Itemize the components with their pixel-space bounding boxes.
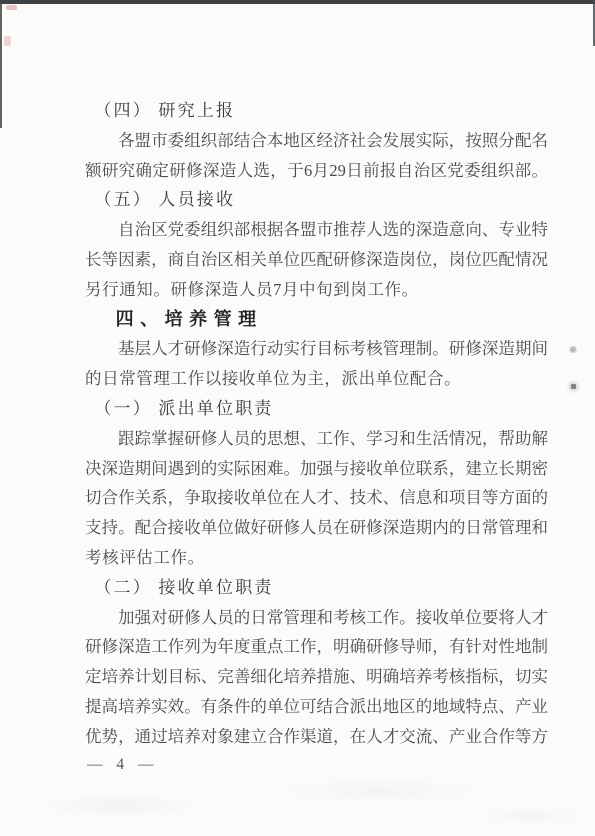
doc-subheading: （四） 研究上报	[85, 96, 548, 126]
doc-line: 优势，通过培养对象建立合作渠道，在人才交流、产业合作等方	[85, 722, 548, 752]
doc-line: 研修深造工作列为年度重点工作，明确研修导师，有针对性地制	[85, 632, 548, 662]
doc-line: 自治区党委组织部根据各盟市推荐人选的深造意向、专业特	[85, 215, 548, 245]
doc-line: 定培养计划目标、完善细化培养措施、明确培养考核指标，切实	[85, 662, 548, 692]
doc-line: 跟踪掌握研修人员的思想、工作、学习和生活情况，帮助解	[85, 424, 548, 454]
scan-gray-speck	[571, 384, 576, 389]
doc-line: 提高培养实效。有条件的单位可结合派出地区的地域特点、产业	[85, 692, 548, 722]
doc-section-heading: 四、培养管理	[85, 305, 548, 335]
doc-line: 额研究确定研修深造人选，于6月29日前报自治区党委组织部。	[85, 156, 548, 186]
doc-line: 另行通知。研修深造人员7月中旬到岗工作。	[85, 275, 548, 305]
doc-subheading: （二） 接收单位职责	[85, 573, 548, 603]
doc-subheading: （一） 派出单位职责	[85, 394, 548, 424]
doc-line: 切合作关系，争取接收单位在人才、技术、信息和项目等方面的	[85, 483, 548, 513]
doc-line: 决深造期间遇到的实际困难。加强与接收单位联系，建立长期密	[85, 454, 548, 484]
scanned-document-page: （四） 研究上报 各盟市委组织部结合本地区经济社会发展实际，按照分配名 额研究确…	[0, 0, 595, 836]
doc-line: 各盟市委组织部结合本地区经济社会发展实际，按照分配名	[85, 126, 548, 156]
document-body: （四） 研究上报 各盟市委组织部结合本地区经济社会发展实际，按照分配名 额研究确…	[85, 96, 548, 752]
doc-line: 加强对研修人员的日常管理和考核工作。接收单位要将人才	[85, 603, 548, 633]
scan-red-speck	[6, 5, 17, 10]
scan-gray-speck	[569, 346, 577, 353]
scan-red-speck	[4, 36, 11, 46]
page-number: — 4 —	[87, 756, 159, 774]
doc-line: 长等因素，商自治区相关单位匹配研修深造岗位，岗位匹配情况	[85, 245, 548, 275]
scan-edge-top	[0, 0, 595, 4]
paper-noise	[0, 766, 595, 836]
doc-subheading: （五） 人员接收	[85, 185, 548, 215]
scan-edge-left	[0, 0, 2, 128]
doc-line: 基层人才研修深造行动实行目标考核管理制。研修深造期间	[85, 334, 548, 364]
doc-line: 的日常管理工作以接收单位为主，派出单位配合。	[85, 364, 548, 394]
doc-line: 考核评估工作。	[85, 543, 548, 573]
doc-line: 支持。配合接收单位做好研修人员在研修深造期内的日常管理和	[85, 513, 548, 543]
